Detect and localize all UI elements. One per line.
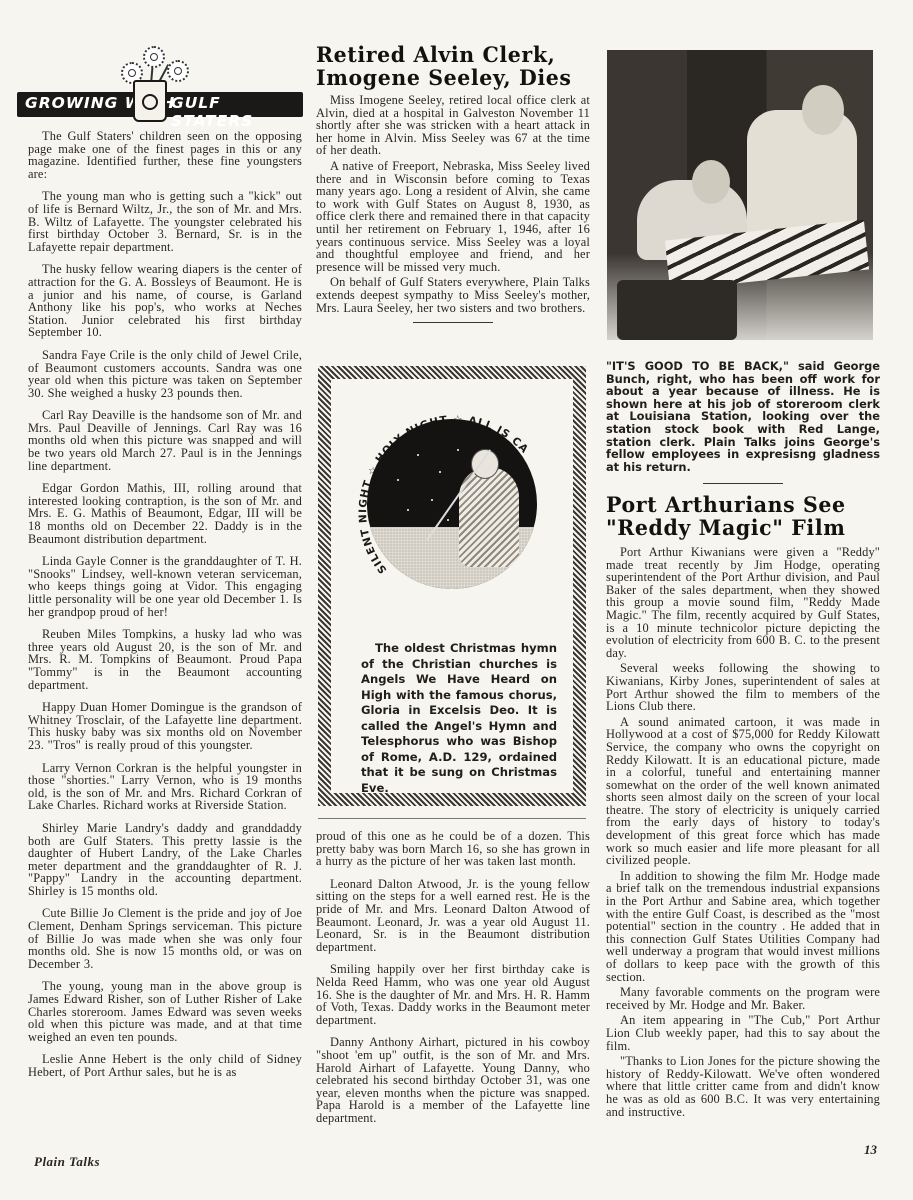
article-paragraph: Many favorable comments on the program w… [606, 986, 880, 1011]
film-article-headline: Port Arthurians See "Reddy Magic" Film [606, 493, 880, 539]
article-paragraph: Edgar Gordon Mathis, III, rolling around… [28, 482, 302, 545]
headline-line-1: Port Arthurians See [606, 492, 846, 517]
article-paragraph: Smiling happily over her first birthday … [316, 963, 590, 1026]
page-number: 13 [864, 1142, 877, 1158]
article-paragraph: Sandra Faye Crile is the only child of J… [28, 349, 302, 399]
children-article: The Gulf Staters' children seen on the o… [28, 130, 302, 1079]
headline-line-1: Retired Alvin Clerk, [316, 42, 555, 67]
section-divider [703, 483, 783, 484]
article-paragraph: Port Arthur Kiwanians were given a "Redd… [606, 546, 880, 659]
article-paragraph: Leonard Dalton Atwood, Jr. is the young … [316, 878, 590, 954]
george-bunch-photo [607, 50, 873, 340]
article-paragraph: On behalf of Gulf Staters everywhere, Pl… [316, 276, 590, 314]
section-divider [318, 818, 586, 819]
article-paragraph: Linda Gayle Conner is the granddaughter … [28, 555, 302, 618]
headline-line-2: "Reddy Magic" Film [606, 515, 846, 540]
publication-name: Plain Talks [34, 1154, 100, 1170]
flower-icon [167, 60, 189, 82]
article-paragraph: Danny Anthony Airhart, pictured in his c… [316, 1036, 590, 1124]
article-paragraph: proud of this one as he could be of a do… [316, 830, 590, 868]
article-paragraph: The Gulf Staters' children seen on the o… [28, 130, 302, 180]
growing-with-gulf-staters-logo: GROWING WITH GULF STATERS [17, 44, 303, 118]
christmas-hymn-caption: The oldest Christmas hymn of the Christi… [361, 641, 557, 796]
article-paragraph: Larry Vernon Corkran is the helpful youn… [28, 762, 302, 812]
article-paragraph: Carl Ray Deaville is the handsome son of… [28, 409, 302, 472]
logo-text-right: GULF STATERS [171, 94, 303, 130]
christmas-hymn-box: SILENT NIGHT ☆ HOLY NIGHT ☆ ALL IS CALM … [318, 366, 586, 806]
article-paragraph: Shirley Marie Landry's daddy and grandda… [28, 822, 302, 898]
article-paragraph: Several weeks following the showing to K… [606, 662, 880, 712]
article-paragraph: The young man who is getting such a "kic… [28, 190, 302, 253]
article-paragraph: An item appearing in "The Cub," Port Art… [606, 1014, 880, 1052]
shepherd-illustration [367, 419, 537, 589]
flower-icon [143, 46, 165, 68]
photo-caption-block: "IT'S GOOD TO BE BACK," said George Bunc… [606, 360, 880, 484]
article-paragraph: Leslie Anne Hebert is the only child of … [28, 1053, 302, 1078]
article-paragraph: Miss Imogene Seeley, retired local offic… [316, 94, 590, 157]
flower-pot-icon [133, 80, 167, 122]
obituary-article: Retired Alvin Clerk, Imogene Seeley, Die… [316, 44, 590, 323]
children-article-continued: proud of this one as he could be of a do… [316, 830, 590, 1124]
article-paragraph: A sound animated cartoon, it was made in… [606, 716, 880, 867]
reddy-magic-film-article: Port Arthurians See "Reddy Magic" Film P… [606, 494, 880, 1118]
article-paragraph: The young, young man in the above group … [28, 980, 302, 1043]
obituary-headline: Retired Alvin Clerk, Imogene Seeley, Die… [316, 43, 590, 89]
photo-caption: "IT'S GOOD TO BE BACK," said George Bunc… [606, 360, 880, 473]
article-paragraph: Happy Duan Homer Domingue is the grandso… [28, 701, 302, 751]
article-paragraph: Cute Billie Jo Clement is the pride and … [28, 907, 302, 970]
article-paragraph: Reuben Miles Tompkins, a husky lad who w… [28, 628, 302, 691]
headline-line-2: Imogene Seeley, Dies [316, 65, 572, 90]
section-divider [413, 322, 493, 323]
article-paragraph: "Thanks to Lion Jones for the picture sh… [606, 1055, 880, 1118]
article-paragraph: In addition to showing the film Mr. Hodg… [606, 870, 880, 983]
article-paragraph: The husky fellow wearing diapers is the … [28, 263, 302, 339]
article-paragraph: A native of Freeport, Nebraska, Miss See… [316, 160, 590, 273]
